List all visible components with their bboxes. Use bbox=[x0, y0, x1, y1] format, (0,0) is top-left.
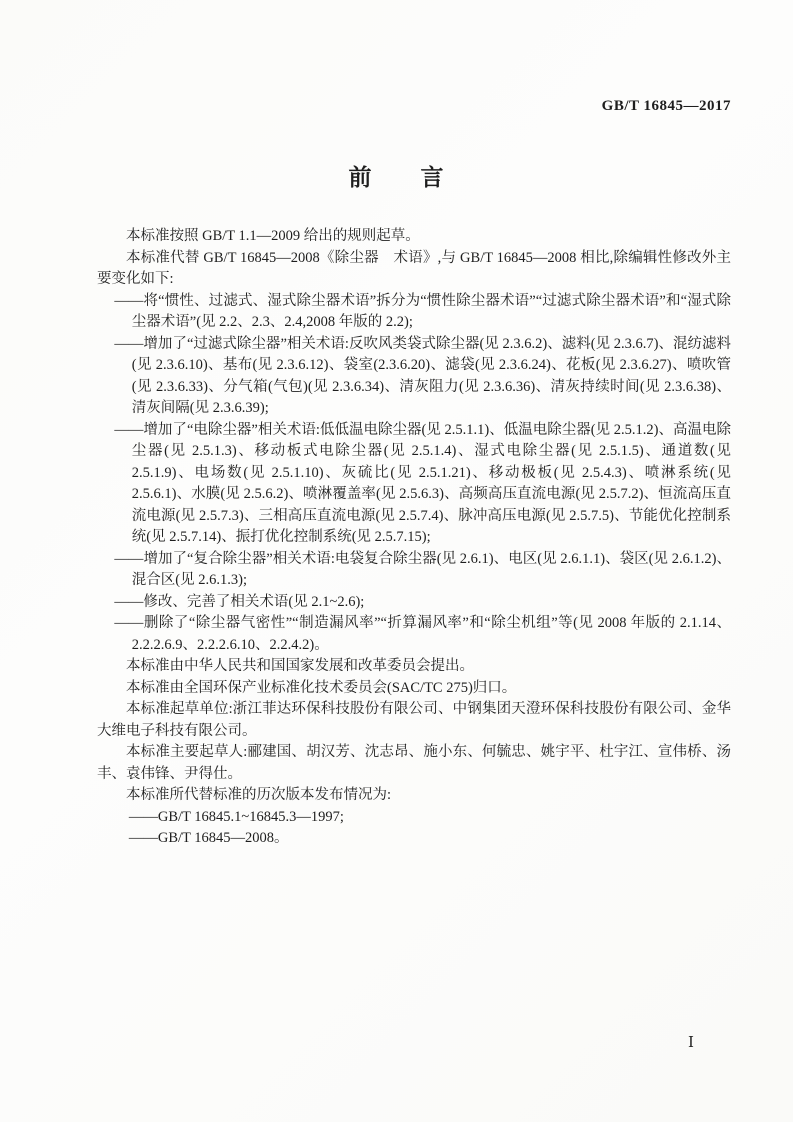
foreword-body: 本标准按照 GB/T 1.1—2009 给出的规则起草。 本标准代替 GB/T … bbox=[97, 226, 731, 850]
page-number: Ⅰ bbox=[688, 1033, 694, 1052]
paragraph: 本标准代替 GB/T 16845—2008《除尘器 术语》,与 GB/T 168… bbox=[97, 248, 731, 291]
paragraph: ——修改、完善了相关术语(见 2.1~2.6); bbox=[97, 592, 731, 614]
paragraph: ——增加了“复合除尘器”相关术语:电袋复合除尘器(见 2.6.1)、电区(见 2… bbox=[97, 549, 731, 592]
paragraph: ——增加了“电除尘器”相关术语:低低温电除尘器(见 2.5.1.1)、低温电除尘… bbox=[97, 420, 731, 549]
paragraph: 本标准起草单位:浙江菲达环保科技股份有限公司、中钢集团天澄环保科技股份有限公司、… bbox=[97, 699, 731, 742]
paragraph: 本标准主要起草人:郦建国、胡汉芳、沈志昂、施小东、何毓忠、姚宇平、杜宇江、宣伟桥… bbox=[97, 742, 731, 785]
paragraph: 本标准按照 GB/T 1.1—2009 给出的规则起草。 bbox=[97, 226, 731, 248]
paragraph: 本标准由中华人民共和国国家发展和改革委员会提出。 bbox=[97, 656, 731, 678]
standard-number: GB/T 16845—2017 bbox=[602, 98, 731, 115]
paragraph: ——将“惯性、过滤式、湿式除尘器术语”拆分为“惯性除尘器术语”“过滤式除尘器术语… bbox=[97, 291, 731, 334]
paragraph: ——增加了“过滤式除尘器”相关术语:反吹风类袋式除尘器(见 2.3.6.2)、滤… bbox=[97, 334, 731, 420]
paragraph: 本标准由全国环保产业标准化技术委员会(SAC/TC 275)归口。 bbox=[97, 678, 731, 700]
paragraph: ——删除了“除尘器气密性”“制造漏风率”“折算漏风率”和“除尘机组”等(见 20… bbox=[97, 613, 731, 656]
paragraph: ——GB/T 16845—2008。 bbox=[97, 828, 731, 850]
paragraph: 本标准所代替标准的历次版本发布情况为: bbox=[97, 785, 731, 807]
page-title: 前 言 bbox=[0, 159, 793, 192]
document-page: GB/T 16845—2017 前 言 本标准按照 GB/T 1.1—2009 … bbox=[0, 0, 793, 1122]
paragraph: ——GB/T 16845.1~16845.3—1997; bbox=[97, 807, 731, 829]
